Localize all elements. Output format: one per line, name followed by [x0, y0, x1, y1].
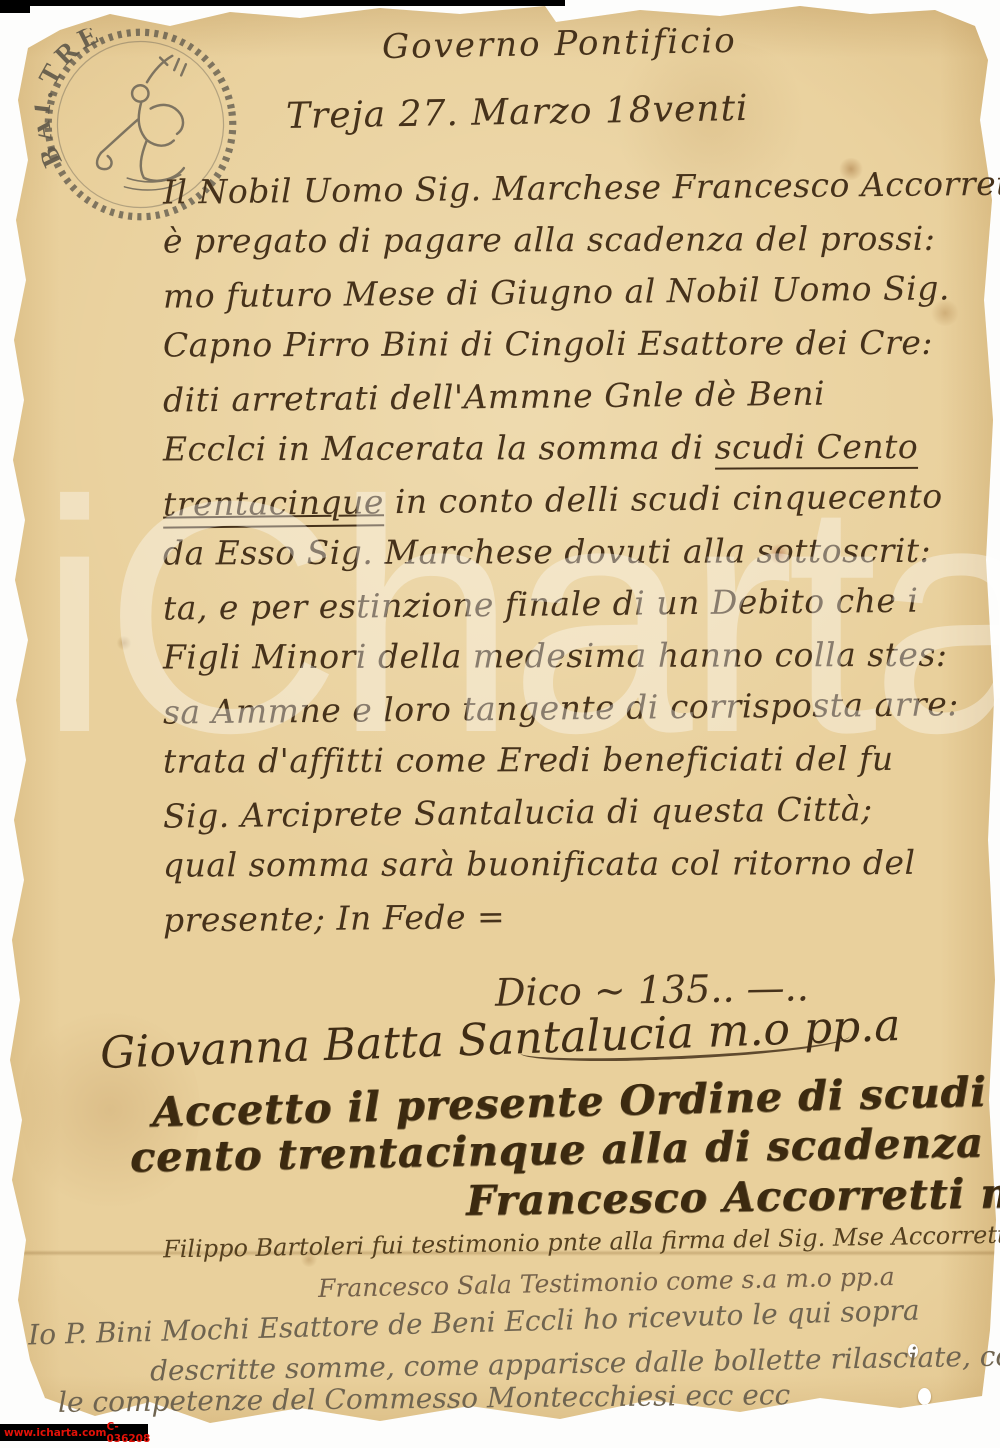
- archive-code: C-036208: [106, 1421, 150, 1445]
- manuscript-line: Capno Pirro Bini di Cingoli Esattore dei…: [163, 322, 1000, 377]
- manuscript-line: trentacinque in conto delli scudi cinque…: [163, 475, 1000, 536]
- manuscript-line: qual somma sarà buonificata col ritorno …: [163, 842, 1000, 897]
- manuscript-line: presente; In Fede =: [163, 891, 1000, 952]
- manuscript-line: diti arretrati dell'Ammne Gnle dè Beni: [163, 371, 1000, 432]
- manuscript-line: Il Nobil Uomo Sig. Marchese Francesco Ac…: [163, 163, 1000, 224]
- signature-francesco-accorretti: Francesco Accorretti m.o ppa: [466, 1167, 1000, 1225]
- line-text: Ecclci in Macerata la somma di: [163, 428, 715, 469]
- manuscript-line: Figli Minori della medesima hanno colla …: [163, 634, 1000, 689]
- document-title: Governo Pontificio: [382, 21, 737, 67]
- manuscript-line: mo futuro Mese di Giugno al Nobil Uomo S…: [163, 267, 1000, 328]
- archive-url: www.icharta.com: [4, 1427, 106, 1439]
- svg-text:BAI.TRE: BAI.TRE: [25, 15, 124, 174]
- manuscript-line: trata d'affitti come Eredi beneficiati d…: [163, 738, 1000, 793]
- manuscript-line: Sig. Arciprete Santalucia di questa Citt…: [163, 787, 1000, 848]
- scanner-edge-artifact: [0, 0, 565, 6]
- fox-stain: [116, 636, 132, 650]
- document-scan: BAI.TRE Governo Pontificio Treja 27. Mar…: [0, 0, 1000, 1448]
- place-date-line: Treja 27. Marzo 18venti: [286, 88, 749, 137]
- letter-body: Il Nobil Uomo Sig. Marchese Francesco Ac…: [163, 168, 1000, 948]
- underlined-amount: trentacinque: [163, 482, 384, 528]
- manuscript-line: è pregato di pagare alla scadenza del pr…: [163, 218, 1000, 273]
- stamp-denomination-text: BAI.TRE: [25, 15, 124, 174]
- manuscript-line: ta, e per estinzione finale di un Debito…: [163, 579, 1000, 640]
- paper-hole: [918, 1388, 931, 1405]
- manuscript-line: Ecclci in Macerata la somma di scudi Cen…: [163, 426, 1000, 481]
- manuscript-line: da Esso Sig. Marchese dovuti alla sottos…: [163, 530, 1000, 585]
- archive-footer-bar: www.icharta.com C-036208: [0, 1424, 148, 1441]
- manuscript-line: sa Ammne e loro tangente di corrisposta …: [163, 683, 1000, 744]
- scanner-corner-artifact: [0, 0, 30, 13]
- line-text: in conto delli scudi cinquecento: [384, 476, 943, 521]
- receipt-note-line: le competenze del Commesso Montecchiesi …: [58, 1378, 790, 1419]
- underlined-amount: scudi Cento: [715, 427, 919, 470]
